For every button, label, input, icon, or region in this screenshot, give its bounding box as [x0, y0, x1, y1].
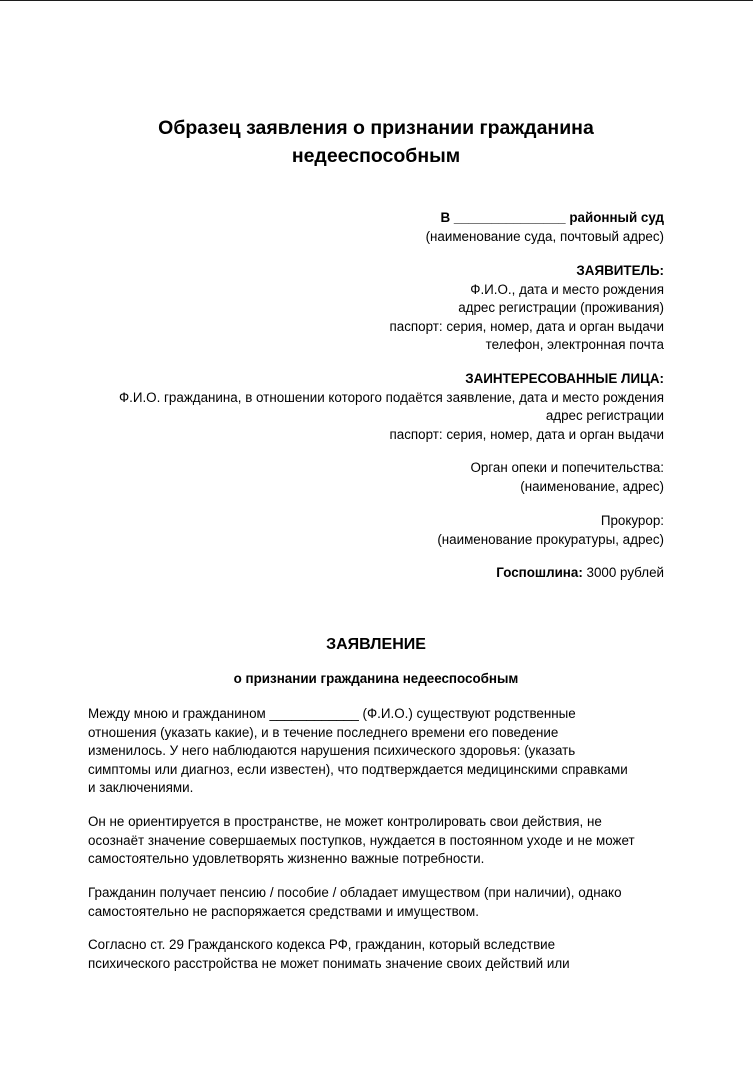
page-top-border	[0, 0, 753, 1]
interested-parties-heading: ЗАИНТЕРЕСОВАННЫЕ ЛИЦА:	[88, 370, 664, 389]
title-line-1: Образец заявления о признании гражданина	[88, 114, 664, 142]
paragraph-line: Между мною и гражданином ____________ (Ф…	[88, 705, 664, 724]
applicant-line: Ф.И.О., дата и место рождения	[88, 281, 664, 300]
interested-parties-line: Ф.И.О. гражданина, в отношении которого …	[88, 389, 664, 408]
paragraph-line: симптомы или диагноз, если известен), чт…	[88, 761, 664, 780]
applicant-block: ЗАЯВИТЕЛЬ: Ф.И.О., дата и место рождения…	[88, 262, 664, 355]
court-block: В _______________ районный суд (наименов…	[88, 209, 664, 246]
applicant-heading: ЗАЯВИТЕЛЬ:	[88, 262, 664, 281]
prosecutor-note: (наименование прокуратуры, адрес)	[88, 531, 664, 550]
statement-paragraph-1: Между мною и гражданином ____________ (Ф…	[88, 705, 664, 798]
paragraph-line: Согласно ст. 29 Гражданского кодекса РФ,…	[88, 936, 664, 955]
statement-heading: ЗАЯВЛЕНИЕ	[88, 634, 664, 656]
interested-parties-line: паспорт: серия, номер, дата и орган выда…	[88, 426, 664, 445]
statement-paragraph-2: Он не ориентируется в пространстве, не м…	[88, 813, 664, 869]
document-title: Образец заявления о признании гражданина…	[88, 114, 664, 170]
court-line: В _______________ районный суд	[88, 209, 664, 228]
guardianship-heading: Орган опеки и попечительства:	[88, 459, 664, 478]
state-fee-value: 3000 рублей	[583, 565, 664, 580]
interested-parties-line: адрес регистрации	[88, 407, 664, 426]
state-fee-block: Госпошлина: 3000 рублей	[88, 564, 664, 583]
state-fee-label: Госпошлина:	[496, 565, 583, 580]
court-note: (наименование суда, почтовый адрес)	[88, 228, 664, 247]
statement-paragraph-4: Согласно ст. 29 Гражданского кодекса РФ,…	[88, 936, 664, 973]
guardianship-block: Орган опеки и попечительства: (наименова…	[88, 459, 664, 496]
state-fee-line: Госпошлина: 3000 рублей	[88, 564, 664, 583]
interested-parties-block: ЗАИНТЕРЕСОВАННЫЕ ЛИЦА: Ф.И.О. гражданина…	[88, 370, 664, 444]
paragraph-line: самостоятельно не распоряжается средства…	[88, 903, 664, 922]
statement-paragraph-3: Гражданин получает пенсию / пособие / об…	[88, 884, 664, 921]
applicant-line: телефон, электронная почта	[88, 336, 664, 355]
prosecutor-block: Прокурор: (наименование прокуратуры, адр…	[88, 512, 664, 549]
applicant-line: адрес регистрации (проживания)	[88, 299, 664, 318]
paragraph-line: отношения (указать какие), и в течение п…	[88, 724, 664, 743]
paragraph-line: Гражданин получает пенсию / пособие / об…	[88, 884, 664, 903]
statement-subheading: о признании гражданина недееспособным	[88, 670, 664, 688]
paragraph-line: Он не ориентируется в пространстве, не м…	[88, 813, 664, 832]
title-line-2: недееспособным	[88, 142, 664, 170]
prosecutor-heading: Прокурор:	[88, 512, 664, 531]
paragraph-line: и заключениями.	[88, 779, 664, 798]
applicant-line: паспорт: серия, номер, дата и орган выда…	[88, 318, 664, 337]
paragraph-line: самостоятельно удовлетворять жизненно ва…	[88, 850, 664, 869]
paragraph-line: осознаёт значение совершаемых поступков,…	[88, 832, 664, 851]
paragraph-line: психического расстройства не может поним…	[88, 955, 664, 974]
paragraph-line: изменилось. У него наблюдаются нарушения…	[88, 742, 664, 761]
guardianship-note: (наименование, адрес)	[88, 478, 664, 497]
